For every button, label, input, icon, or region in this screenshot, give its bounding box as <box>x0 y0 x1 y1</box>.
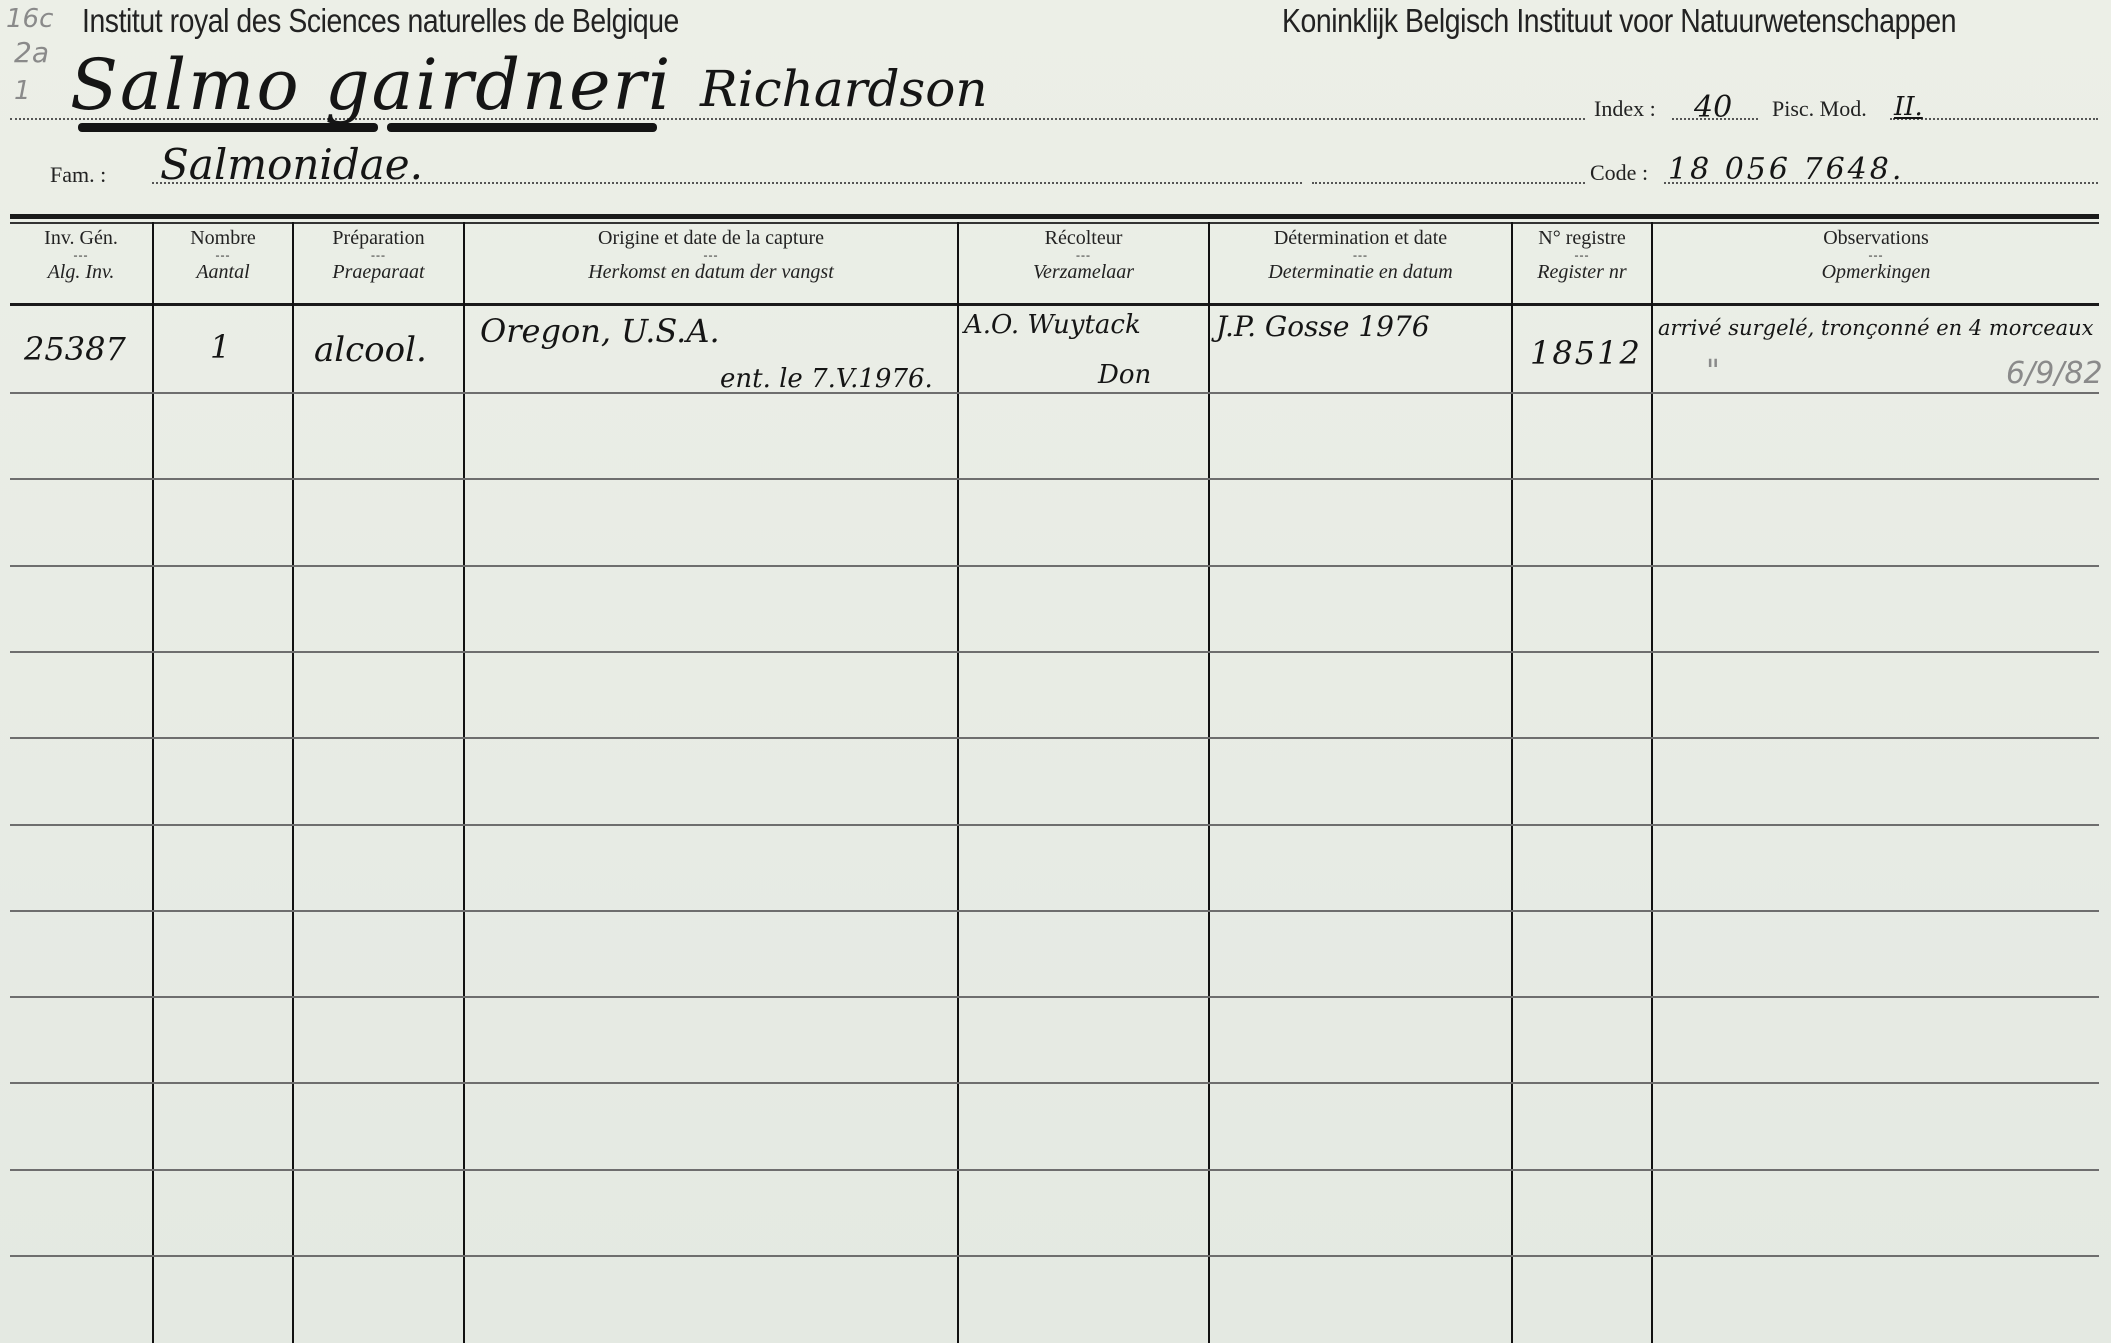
pisc-mod-label: Pisc. Mod. <box>1772 96 1867 122</box>
header-nl: Determinatie en datum <box>1210 260 1511 284</box>
code-label: Code : <box>1590 160 1648 186</box>
header-fr: Préparation <box>294 226 463 250</box>
pisc-mod-value: II. <box>1894 92 1923 122</box>
column-divider <box>152 222 154 1343</box>
row-rule <box>10 737 2099 739</box>
column-header-inv-gen: Inv. Gén. --- Alg. Inv. <box>10 226 152 302</box>
cell-preparation: alcool. <box>314 330 427 370</box>
cell-observations: arrivé surgelé, tronçonné en 4 morceaux <box>1658 316 2094 340</box>
header-sep: --- <box>1653 250 2099 260</box>
cell-nombre: 1 <box>210 328 230 366</box>
header-fr: Observations <box>1653 226 2099 250</box>
index-value: 40 <box>1694 90 1732 125</box>
header-nl: Herkomst en datum der vangst <box>465 260 957 284</box>
margin-note-1: 16c <box>6 4 53 34</box>
column-header-recolteur: Récolteur --- Verzamelaar <box>959 226 1208 302</box>
table-top-rule-thin <box>10 222 2099 224</box>
institution-title-nl: Koninklijk Belgisch Instituut voor Natuu… <box>1282 2 1956 40</box>
species-author: Richardson <box>700 60 988 118</box>
column-divider <box>957 222 959 1343</box>
row-rule <box>10 824 2099 826</box>
table-top-rule <box>10 214 2099 219</box>
cell-recolteur: A.O. Wuytack <box>964 310 1141 340</box>
column-header-registre: N° registre --- Register nr <box>1513 226 1651 302</box>
header-nl: Alg. Inv. <box>10 260 152 284</box>
header-fr: Inv. Gén. <box>10 226 152 250</box>
row-rule <box>10 1082 2099 1084</box>
header-sep: --- <box>1513 250 1651 260</box>
cell-observations-ditto: " <box>1706 354 1720 389</box>
cell-origine: Oregon, U.S.A. <box>480 312 720 350</box>
family-label: Fam. : <box>50 162 106 188</box>
column-divider <box>1651 222 1653 1343</box>
header-fr: Nombre <box>154 226 292 250</box>
institution-title-fr: Institut royal des Sciences naturelles d… <box>82 2 679 40</box>
header-fr: Détermination et date <box>1210 226 1511 250</box>
column-divider <box>463 222 465 1343</box>
family-value: Salmonidae. <box>160 140 423 189</box>
row-rule <box>10 910 2099 912</box>
column-header-preparation: Préparation --- Praeparaat <box>294 226 463 302</box>
header-sep: --- <box>1210 250 1511 260</box>
row-rule <box>10 651 2099 653</box>
header-nl: Praeparaat <box>294 260 463 284</box>
column-header-origine: Origine et date de la capture --- Herkom… <box>465 226 957 302</box>
header-nl: Aantal <box>154 260 292 284</box>
row-rule <box>10 565 2099 567</box>
species-underline-genus <box>78 123 378 132</box>
index-label: Index : <box>1594 96 1656 122</box>
species-name: Salmo gairdneri <box>70 44 672 126</box>
column-divider <box>1511 222 1513 1343</box>
header-sep: --- <box>294 250 463 260</box>
cell-registre: 18512 <box>1530 334 1642 372</box>
cell-determination: J.P. Gosse 1976 <box>1216 310 1430 343</box>
row-rule <box>10 478 2099 480</box>
column-header-determination: Détermination et date --- Determinatie e… <box>1210 226 1511 302</box>
column-divider <box>1208 222 1210 1343</box>
family-dotted-line-2 <box>1312 182 1585 184</box>
header-sep: --- <box>154 250 292 260</box>
specimen-card: 16c 2a 1 Institut royal des Sciences nat… <box>0 0 2111 1343</box>
cell-recolteur-note: Don <box>1098 360 1151 390</box>
column-header-observations: Observations --- Opmerkingen <box>1653 226 2099 302</box>
code-value: 18 056 7648. <box>1668 152 1904 187</box>
row-rule <box>10 392 2099 394</box>
header-sep: --- <box>10 250 152 260</box>
header-nl: Verzamelaar <box>959 260 1208 284</box>
margin-note-2: 2a <box>14 36 49 69</box>
cell-observations-date: 6/9/82 <box>2006 356 2103 391</box>
header-fr: N° registre <box>1513 226 1651 250</box>
header-fr: Origine et date de la capture <box>465 226 957 250</box>
cell-inv-gen: 25387 <box>24 330 126 368</box>
header-sep: --- <box>465 250 957 260</box>
row-rule <box>10 996 2099 998</box>
header-fr: Récolteur <box>959 226 1208 250</box>
column-header-nombre: Nombre --- Aantal <box>154 226 292 302</box>
species-underline-epithet <box>387 123 657 132</box>
row-rule <box>10 1255 2099 1257</box>
margin-note-3: 1 <box>14 76 31 106</box>
header-bottom-rule <box>10 303 2099 306</box>
column-divider <box>292 222 294 1343</box>
cell-origine-date: ent. le 7.V.1976. <box>720 364 933 394</box>
header-sep: --- <box>959 250 1208 260</box>
row-rule <box>10 1169 2099 1171</box>
header-nl: Opmerkingen <box>1653 260 2099 284</box>
header-nl: Register nr <box>1513 260 1651 284</box>
